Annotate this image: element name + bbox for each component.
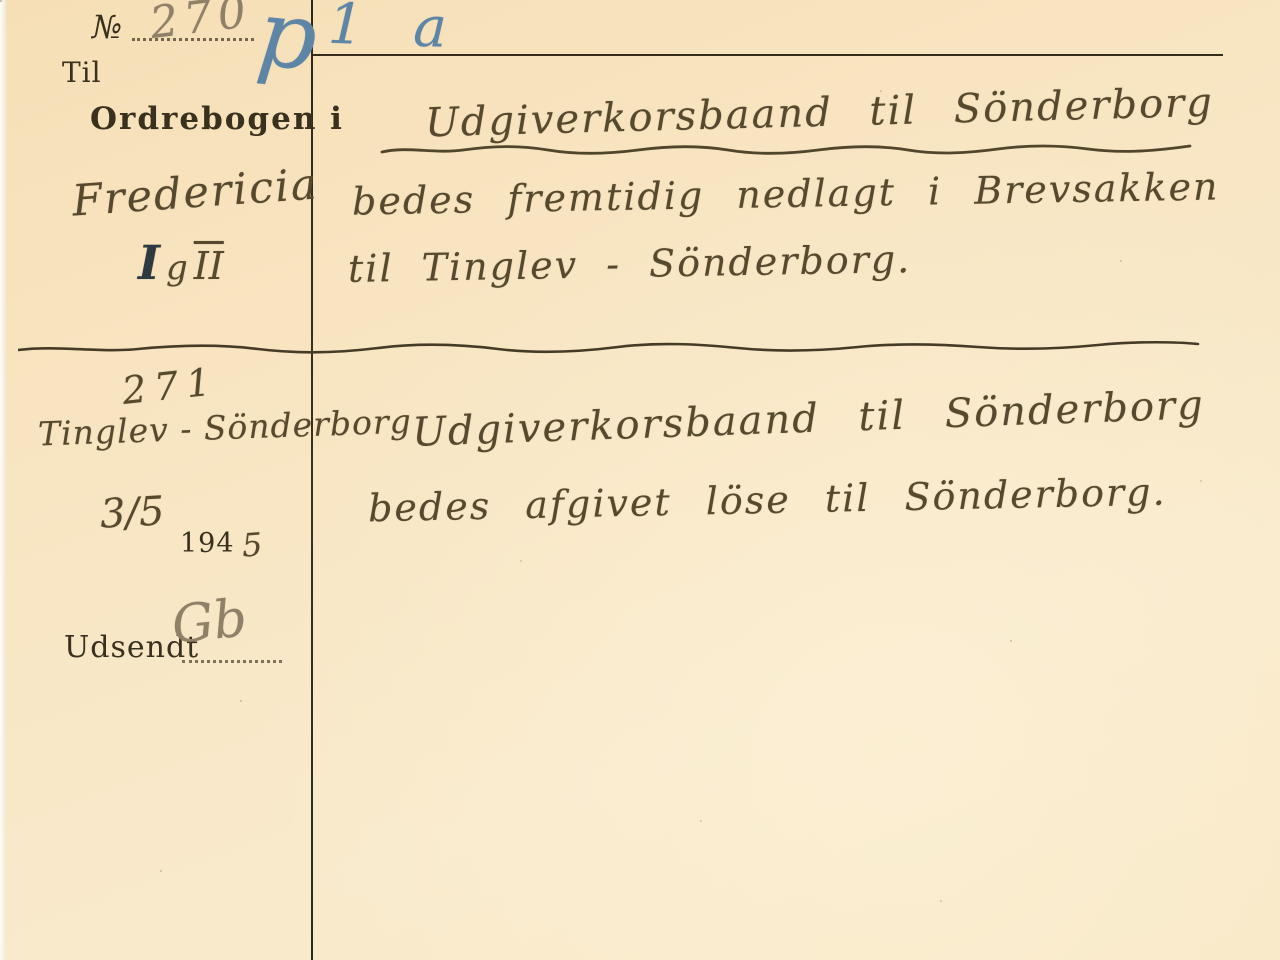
bottom-message-line1: Udgiverkorsbaand til Sönderborg xyxy=(411,382,1205,456)
scanned-order-form: № Til Ordrebogen i Udsendt 194 270 p 1 a… xyxy=(0,0,1280,960)
book-number-two: II xyxy=(194,244,224,288)
handwritten-year-digit: 5 xyxy=(241,525,264,564)
top-message-line1: Udgiverkorsbaand til Sönderborg xyxy=(425,80,1215,147)
wavy-section-divider xyxy=(18,334,1200,362)
handwritten-number-271: 271 xyxy=(120,359,221,413)
book-number-separator: g xyxy=(160,248,194,288)
top-message-line3: til Tinglev - Sönderborg. xyxy=(348,237,912,291)
scan-edge-strip xyxy=(0,0,7,960)
bottom-message-line2: bedes afgivet löse til Sönderborg. xyxy=(368,470,1167,531)
vertical-column-rule xyxy=(311,0,313,960)
handwritten-date-day: 3/5 xyxy=(99,488,166,537)
printed-year-prefix: 194 xyxy=(180,528,235,559)
handwritten-station-tinglev-soenderborg: Tinglev - Sönderborg xyxy=(37,401,412,453)
paper-specks xyxy=(0,0,2,2)
number-label: № xyxy=(92,8,122,46)
handwritten-book-numbers: IgII xyxy=(138,236,224,291)
handwritten-initials: Gb xyxy=(169,588,250,655)
handwritten-number-270: 270 xyxy=(147,0,254,49)
ordrebog-label: Ordrebogen i xyxy=(90,101,344,137)
book-number-one: I xyxy=(138,236,160,291)
blue-pencil-route-note: 1 a xyxy=(327,0,464,61)
handwritten-station-fredericia: Fredericia xyxy=(71,159,320,226)
blue-pencil-mark: p xyxy=(253,0,323,92)
til-label: Til xyxy=(62,56,102,89)
top-message-line2: bedes fremtidig nedlagt i Brevsakken xyxy=(352,164,1220,223)
